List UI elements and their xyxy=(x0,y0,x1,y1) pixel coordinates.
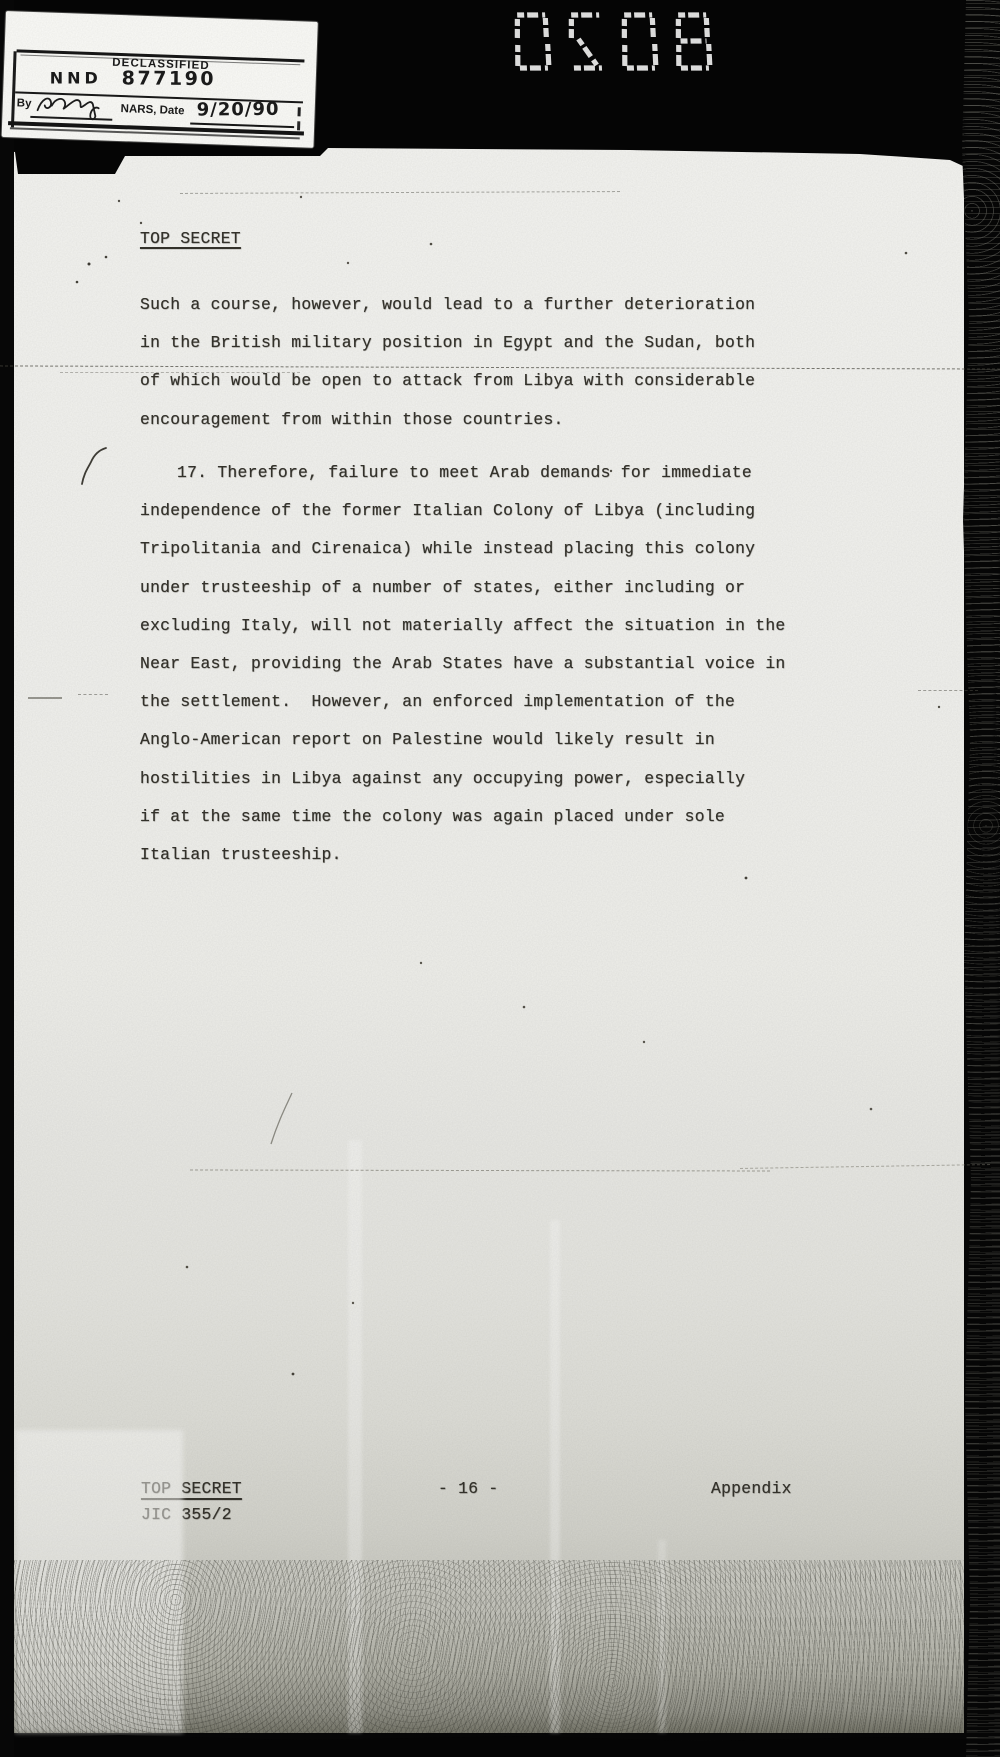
typed-line: excluding Italy, will not materially aff… xyxy=(140,607,786,645)
stamp-nars-date-label: NARS, Date xyxy=(120,103,184,117)
declassification-stamp: DECLASSIFIED NND 877190 By NARS, Date 9/… xyxy=(2,11,318,148)
stamp-nnd-label: NND xyxy=(50,68,102,87)
typed-line: independence of the former Italian Colon… xyxy=(140,492,786,530)
classification-header: TOP SECRET xyxy=(140,220,241,258)
typed-line: if at the same time the colony was again… xyxy=(140,798,786,836)
counter-digit xyxy=(515,15,549,68)
stamp-date-value: 9/20/90 xyxy=(197,99,280,121)
scan-border-right xyxy=(960,0,1000,1757)
scan-border-bottom xyxy=(0,1733,1000,1757)
stamp-edge-ticks xyxy=(298,107,301,116)
counter-digit xyxy=(570,15,602,68)
typed-line: encouragement from within those countrie… xyxy=(140,401,755,439)
typed-line: Such a course, however, would lead to a … xyxy=(140,286,755,324)
typed-line: the settlement. However, an enforced imp… xyxy=(140,683,786,721)
stamp-border-left xyxy=(11,51,16,127)
counter-digit xyxy=(622,15,656,68)
paragraph: 17. Therefore, failure to meet Arab dema… xyxy=(140,454,786,874)
footer-reference: JIC 355/2 xyxy=(141,1496,232,1534)
typed-line: in the British military position in Egyp… xyxy=(140,324,755,362)
counter-digit xyxy=(676,15,710,68)
scan-border-left xyxy=(0,0,14,1757)
typed-line: Anglo-American report on Palestine would… xyxy=(140,721,786,759)
typed-line: of which would be open to attack from Li… xyxy=(140,362,755,400)
document-page: TOP SECRET Such a course, however, would… xyxy=(14,148,964,1733)
typed-line: hostilities in Libya against any occupyi… xyxy=(140,760,786,798)
paragraph: Such a course, however, would lead to a … xyxy=(140,286,755,439)
stamp-border-bottom xyxy=(8,121,304,135)
typed-line: Tripolitania and Cirenaica) while instea… xyxy=(140,530,786,568)
typed-line: 17. Therefore, failure to meet Arab dema… xyxy=(140,454,786,492)
frame-counter-digits xyxy=(505,4,735,84)
typed-line: under trusteeship of a number of states,… xyxy=(140,569,786,607)
typed-line: Italian trusteeship. xyxy=(140,836,786,874)
footer-page-number: - 16 - xyxy=(438,1470,499,1508)
stamp-nnd-number: 877190 xyxy=(122,67,217,90)
typed-line: Near East, providing the Arab States hav… xyxy=(140,645,786,683)
footer-appendix-label: Appendix xyxy=(711,1470,792,1508)
stamp-by-label: By xyxy=(17,97,32,110)
